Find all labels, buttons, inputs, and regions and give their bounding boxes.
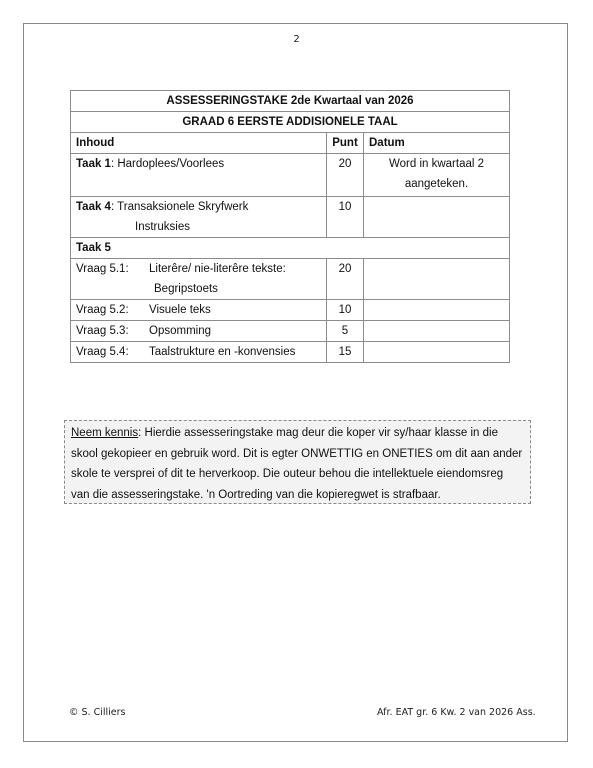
table-row: Vraag 5.1:Literêre/ nie-literêre tekste:… xyxy=(71,259,510,300)
footer-author: © S. Cilliers xyxy=(69,707,125,718)
row-content: Vraag 5.4:Taalstrukture en -konvensies xyxy=(71,342,327,363)
header-marks: Punt xyxy=(327,133,364,154)
row-content: Vraag 5.1:Literêre/ nie-literêre tekste:… xyxy=(71,259,327,300)
row-date xyxy=(364,197,510,238)
question-number: Vraag 5.4: xyxy=(76,342,149,362)
header-content: Inhoud xyxy=(71,133,327,154)
assessment-table: ASSESSERINGSTAKE 2de Kwartaal van 2026 G… xyxy=(70,90,510,363)
task-label: Taak 5 xyxy=(71,238,510,259)
table-row: Taak 4: Transaksionele SkryfwerkInstruks… xyxy=(71,197,510,238)
row-date xyxy=(364,300,510,321)
table-row: Taak 1: Hardoplees/Voorlees 20 Word in k… xyxy=(71,154,510,197)
task-label: Taak 1 xyxy=(76,158,111,170)
row-content: Vraag 5.3:Opsomming xyxy=(71,321,327,342)
copyright-notice: Neem kennis: Hierdie assesseringstake ma… xyxy=(64,420,531,504)
question-text: Opsomming xyxy=(149,325,211,337)
task-label: Taak 4 xyxy=(76,201,111,213)
row-marks: 10 xyxy=(327,197,364,238)
row-date xyxy=(364,321,510,342)
footer-document-ref: Afr. EAT gr. 6 Kw. 2 van 2026 Ass. xyxy=(377,707,536,718)
question-number: Vraag 5.1: xyxy=(76,259,149,279)
question-text: Literêre/ nie-literêre tekste: xyxy=(149,263,286,275)
notice-body: : Hierdie assesseringstake mag deur die … xyxy=(71,427,522,501)
table-row: Taak 5 xyxy=(71,238,510,259)
question-text: Visuele teks xyxy=(149,304,211,316)
page-number: 2 xyxy=(0,34,593,45)
table-row: Vraag 5.3:Opsomming 5 xyxy=(71,321,510,342)
row-marks: 20 xyxy=(327,259,364,300)
row-date xyxy=(364,259,510,300)
date-line-2: aangeteken. xyxy=(369,174,504,194)
task-text-continued: Instruksies xyxy=(76,217,321,237)
notice-heading: Neem kennis xyxy=(71,427,138,439)
date-line-1: Word in kwartaal 2 xyxy=(369,154,504,174)
row-date: Word in kwartaal 2aangeteken. xyxy=(364,154,510,197)
table-subtitle-row: GRAAD 6 EERSTE ADDISIONELE TAAL xyxy=(71,112,510,133)
table-header-row: Inhoud Punt Datum xyxy=(71,133,510,154)
row-date xyxy=(364,342,510,363)
question-number: Vraag 5.3: xyxy=(76,321,149,341)
question-number: Vraag 5.2: xyxy=(76,300,149,320)
row-marks: 10 xyxy=(327,300,364,321)
task-text: : Hardoplees/Voorlees xyxy=(111,158,224,170)
row-marks: 15 xyxy=(327,342,364,363)
table-subtitle: GRAAD 6 EERSTE ADDISIONELE TAAL xyxy=(71,112,510,133)
table-row: Vraag 5.2:Visuele teks 10 xyxy=(71,300,510,321)
row-content: Taak 1: Hardoplees/Voorlees xyxy=(71,154,327,197)
row-marks: 5 xyxy=(327,321,364,342)
table-row: Vraag 5.4:Taalstrukture en -konvensies 1… xyxy=(71,342,510,363)
table-title-row: ASSESSERINGSTAKE 2de Kwartaal van 2026 xyxy=(71,91,510,112)
question-text: Taalstrukture en -konvensies xyxy=(149,346,295,358)
row-content: Taak 4: Transaksionele SkryfwerkInstruks… xyxy=(71,197,327,238)
question-text-continued: Begripstoets xyxy=(76,279,321,299)
row-content: Vraag 5.2:Visuele teks xyxy=(71,300,327,321)
task-text: : Transaksionele Skryfwerk xyxy=(111,201,248,213)
header-date: Datum xyxy=(364,133,510,154)
row-marks: 20 xyxy=(327,154,364,197)
table-title: ASSESSERINGSTAKE 2de Kwartaal van 2026 xyxy=(71,91,510,112)
